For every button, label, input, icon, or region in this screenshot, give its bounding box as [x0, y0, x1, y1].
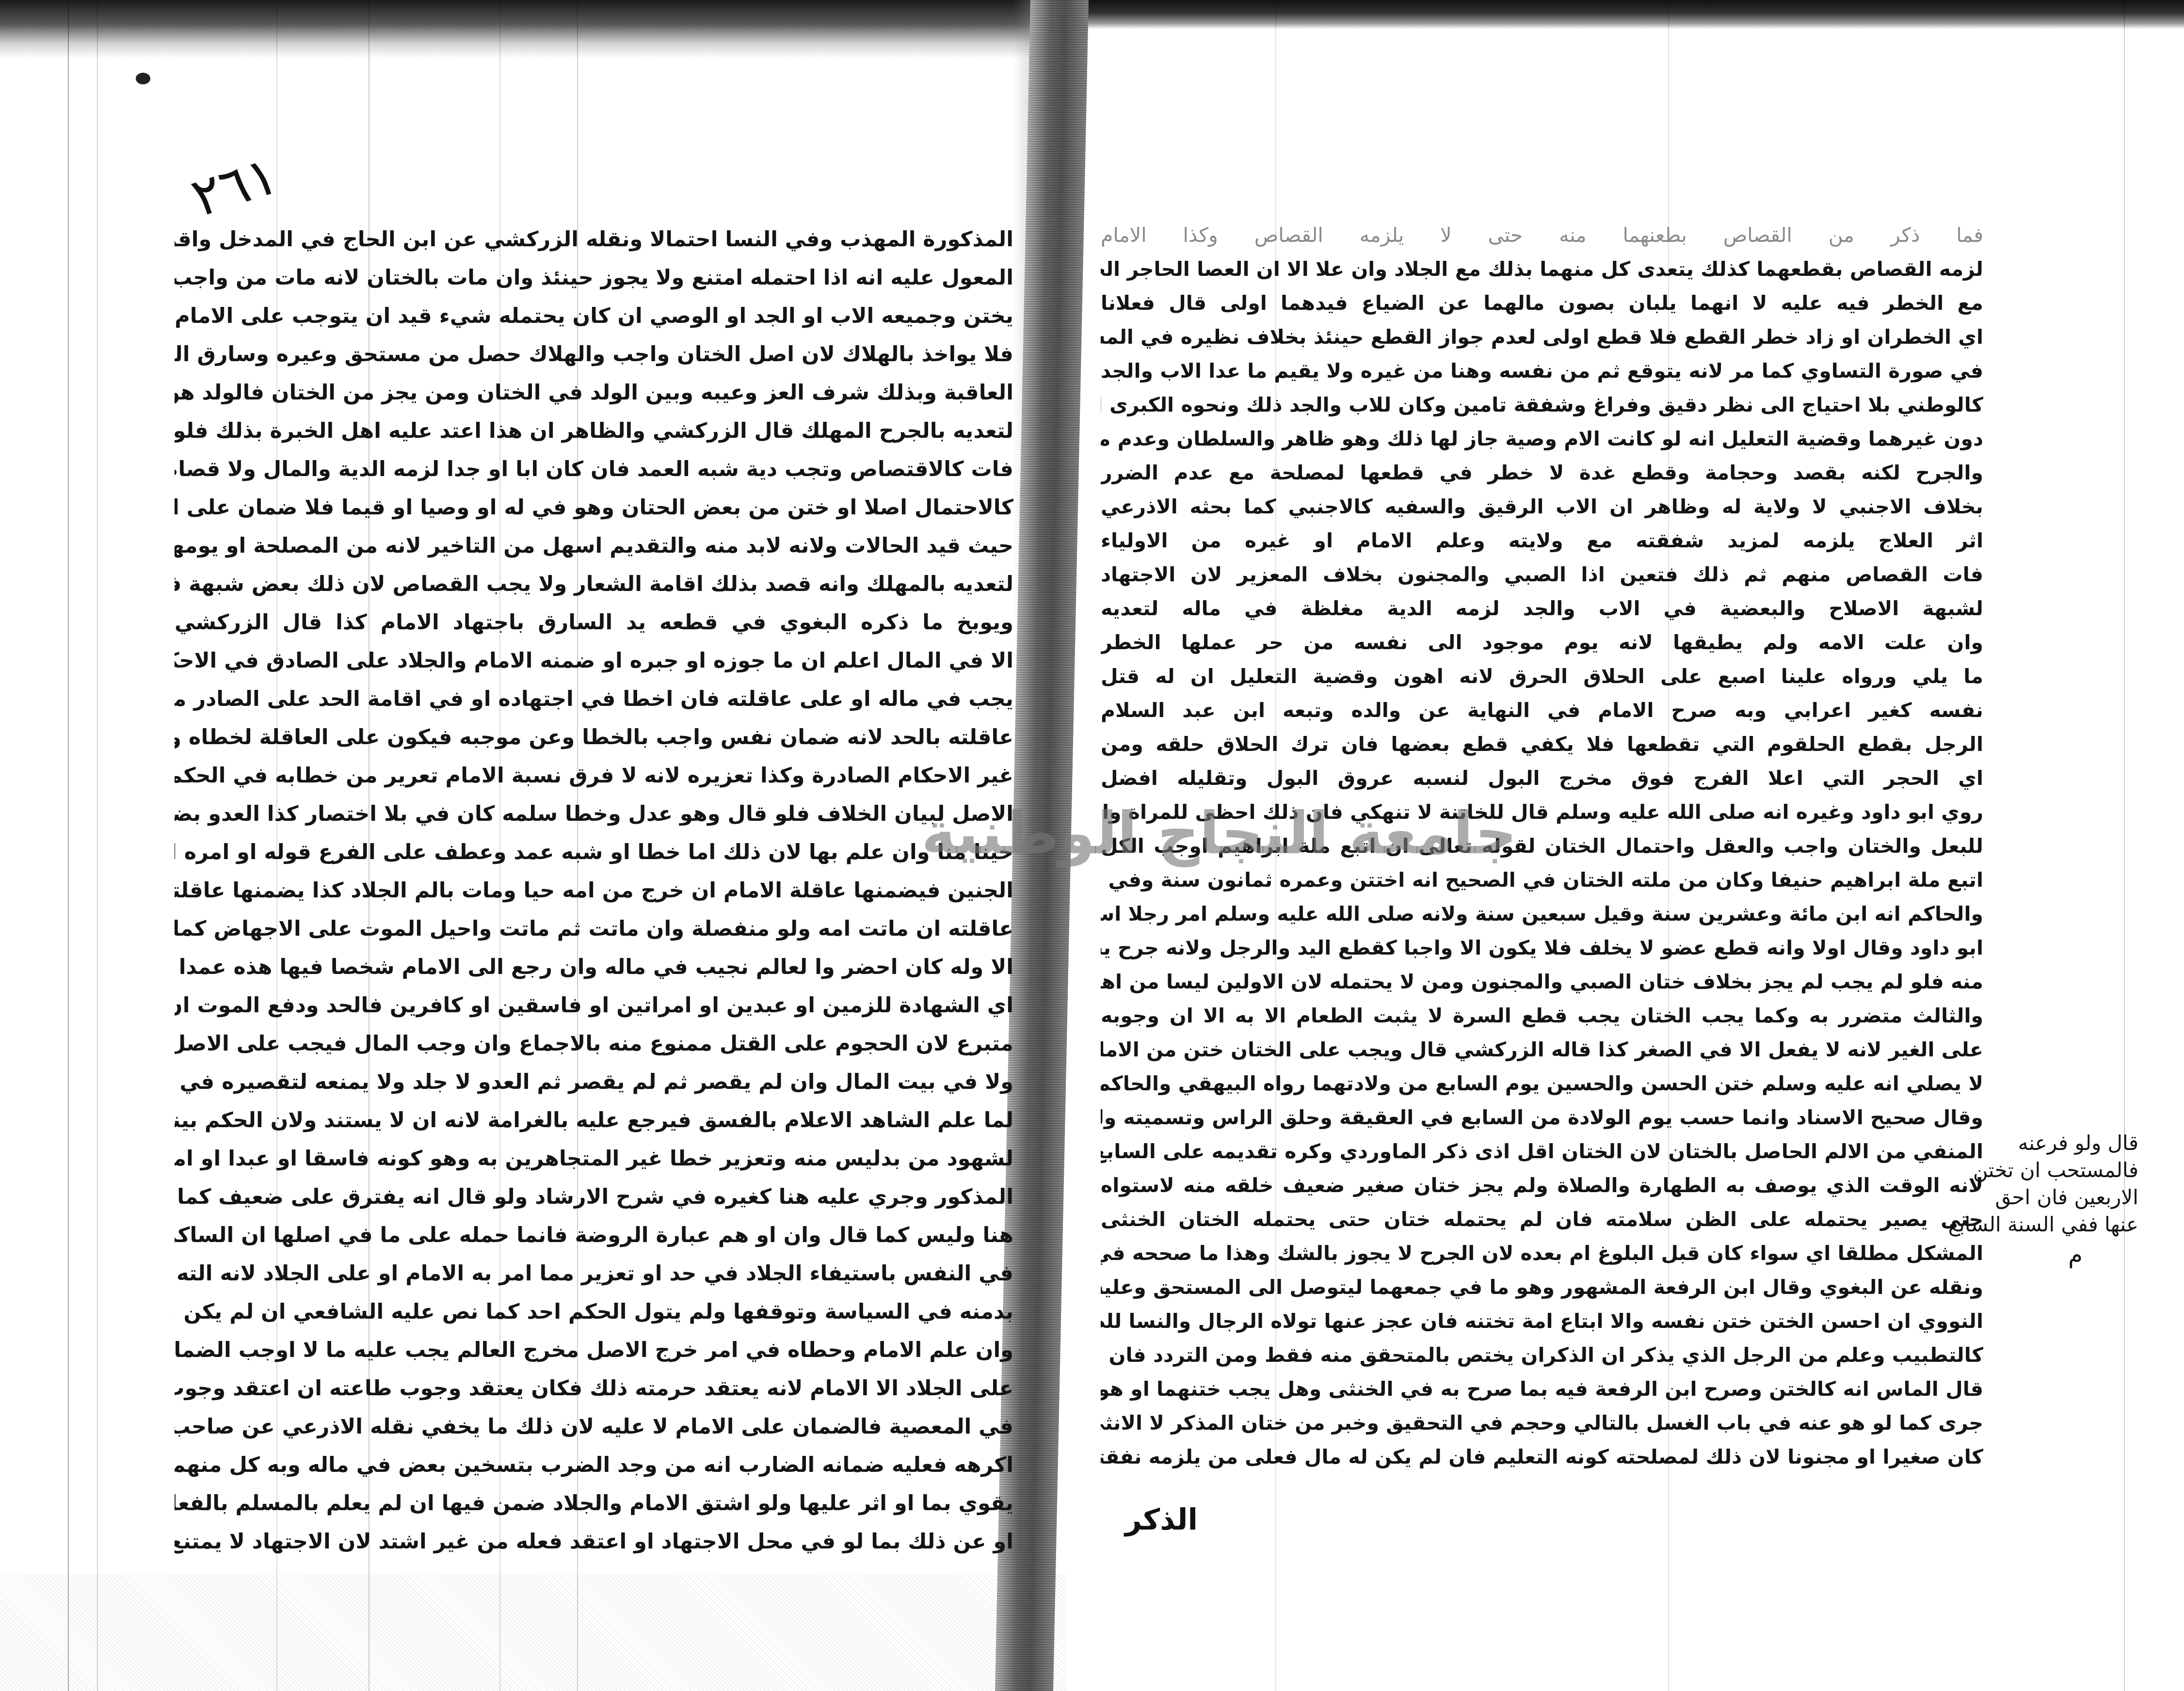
manuscript-line: فات القصاص منهم ثم ذلك فتعين اذا الصبي و…	[1101, 558, 1983, 591]
manuscript-line: حتى يصير يحتمله على الظن سلامته فان لم ي…	[1101, 1202, 1983, 1236]
manuscript-line: والحاكم انه ابن مائة وعشرين سنة وقيل سبع…	[1101, 897, 1983, 931]
manuscript-line: منه فلو لم يجب لم يجز بخلاف ختان الصبي و…	[1101, 965, 1983, 999]
manuscript-line: عاقلته ان ماتت امه ولو منفصلة وان ماتت ث…	[175, 910, 1013, 948]
manuscript-line: النووي ان احسن الختن ختن نفسه والا ابتاع…	[1101, 1304, 1983, 1338]
manuscript-line: كالتطبيب وعلم من الرجل الذي يذكر ان الذك…	[1101, 1338, 1983, 1372]
manuscript-line: مع الخطر فيه عليه لا انهما يلبان بصون ما…	[1101, 286, 1983, 320]
manuscript-line: يجب في ماله او على عاقلته فان اخطا في اج…	[175, 680, 1013, 718]
manuscript-line: ويوبخ ما ذكره البغوي في قطعه يد السارق ب…	[175, 604, 1013, 642]
manuscript-line: اثر العلاج يلزمه لمزيد شفقته مع ولايته و…	[1101, 524, 1983, 558]
folio-number: ٢٦١	[184, 144, 285, 229]
manuscript-line: جرى كما لو هو عنه في باب الغسل بالتالي و…	[1101, 1406, 1983, 1440]
manuscript-line: اي الحجر التي اعلا الفرج فوق مخرج البول …	[1101, 761, 1983, 795]
manuscript-line: المشكل مطلقا اي سواء كان قبل البلوغ ام ب…	[1101, 1236, 1983, 1270]
margin-note-line: الاربعين فان احق	[2012, 1184, 2138, 1211]
manuscript-line: وقال صحيح الاسناد وانما حسب يوم الولادة …	[1101, 1101, 1983, 1134]
manuscript-line: ابو داود وقال اولا وانه قطع عضو لا يخلف …	[1101, 931, 1983, 965]
manuscript-line: الا في المال اعلم ان ما جوزه او جبره او …	[175, 642, 1013, 680]
manuscript-line: اكرهه فعليه ضمانه الضارب انه من وجد الضر…	[175, 1446, 1013, 1484]
manuscript-line: لزمه القصاص بقطعهما كذلك يتعدى كل منهما …	[1101, 252, 1983, 286]
margin-note: قال ولو فرعنه فالمستحب ان تختن الاربعين …	[2012, 1130, 2138, 1268]
manuscript-scan: ٢٦١ المذكورة المهذب وفي النسا احتمالا ون…	[0, 0, 2184, 1691]
manuscript-line: او عن ذلك بما لو في محل الاجتهاد او اعتق…	[175, 1523, 1013, 1561]
manuscript-line: غير الاحكام الصادرة وكذا تعزيره لانه لا …	[175, 757, 1013, 795]
right-page-header-line: فما ذكر من القصاص بطعنهما منه حتى لا يلز…	[1101, 218, 1983, 252]
manuscript-line: وان علم الامام وحطاه في امر خرج الاصل مخ…	[175, 1331, 1013, 1370]
manuscript-line: في صورة التساوي كما مر لانه يتوقع ثم من …	[1101, 354, 1983, 388]
manuscript-line: والثالث متضرر به وكما يجب الختان يجب قطع…	[1101, 999, 1983, 1033]
manuscript-line: لا يصلي انه عليه وسلم ختن الحسن والحسين …	[1101, 1067, 1983, 1101]
manuscript-line: كان صغيرا او مجنونا لان ذلك لمصلحته كونه…	[1101, 1440, 1983, 1474]
manuscript-line: الرجل بقطع الحلقوم التي تقطعها فلا يكفي …	[1101, 727, 1983, 761]
manuscript-line: فات كالاقتصاص وتجب دية شبه العمد فان كان…	[175, 450, 1013, 489]
manuscript-line: ما يلي ورواه علينا اصبع على الحلاق الحرق…	[1101, 659, 1983, 693]
margin-note-line: عنها ففي السنة السابع	[2012, 1211, 2138, 1238]
manuscript-line: عاقلته بالحد لانه ضمان نفس واجب بالخطا و…	[175, 718, 1013, 757]
manuscript-line: الا وله كان احضر وا لعالم نجيب في ماله و…	[175, 948, 1013, 987]
manuscript-line: اي الخطران او زاد خطر القطع فلا قطع اولى…	[1101, 320, 1983, 354]
ink-stain	[136, 73, 150, 84]
margin-note-sign: م	[2012, 1241, 2138, 1268]
right-page-text: فما ذكر من القصاص بطعنهما منه حتى لا يلز…	[1101, 218, 1983, 1474]
manuscript-line: لشبهة الاصلاح والبعضية في الاب والجد لزم…	[1101, 591, 1983, 625]
manuscript-line: فلا يواخذ بالهلاك لان اصل الختان واجب وا…	[175, 335, 1013, 374]
manuscript-line: لشهود من بدليس منه وتعزير خطا غير المتجا…	[175, 1140, 1013, 1178]
manuscript-line: الجنين فيضمنها عاقلة الامام ان خرج من ام…	[175, 872, 1013, 910]
manuscript-line: يختن وجميعه الاب او الجد او الوصي ان كان…	[175, 297, 1013, 335]
manuscript-line: المذكورة المهذب وفي النسا احتمالا ونقله …	[175, 221, 1013, 259]
manuscript-line: ولا في بيت المال وان لم يقصر ثم لم يقصر …	[175, 1063, 1013, 1101]
manuscript-line: على الغير لانه لا يفعل الا في الصغر كذا …	[1101, 1033, 1983, 1067]
manuscript-line: اتبع ملة ابراهيم حنيفا وكان من ملته الخت…	[1101, 863, 1983, 897]
manuscript-line: وان علت الامه ولم يطيقها لانه يوم موجود …	[1101, 625, 1983, 659]
manuscript-line: المعول عليه انه اذا احتمله امتنع ولا يجو…	[175, 259, 1013, 297]
manuscript-line: قال الماس انه كالختن وصرح ابن الرفعة فيه…	[1101, 1372, 1983, 1406]
manuscript-line: والجرح لكنه بقصد وحجامة وقطع غدة لا خطر …	[1101, 456, 1983, 490]
manuscript-line: بخلاف الاجنبي لا ولاية له وظاهر ان الاب …	[1101, 490, 1983, 524]
manuscript-line: بدمنه في السياسة وتوقفها ولم يتول الحكم …	[175, 1293, 1013, 1331]
manuscript-line: دون غيرهما وقضية التعليل انه لو كانت الا…	[1101, 422, 1983, 456]
manuscript-line: حينا منا وان علم بها لان ذلك اما خطا او …	[175, 833, 1013, 872]
left-page-text: المذكورة المهذب وفي النسا احتمالا ونقله …	[175, 221, 1013, 1561]
manuscript-line: كالوطني بلا احتياج الى نظر دقيق وفراغ وش…	[1101, 388, 1983, 422]
manuscript-line: في النفس باستيفاء الجلاد في حد او تعزير …	[175, 1255, 1013, 1293]
manuscript-line: حيث قيد الحالات ولانه لابد منه والتقديم …	[175, 527, 1013, 565]
manuscript-line: هنا وليس كما قال وان او هم عبارة الروضة …	[175, 1216, 1013, 1255]
manuscript-line: كالاحتمال اصلا او ختن من بعض الحتان وهو …	[175, 489, 1013, 527]
manuscript-line: لما علم الشاهد الاعلام بالفسق فيرجع عليه…	[175, 1101, 1013, 1140]
margin-note-line: قال ولو فرعنه	[2012, 1130, 2138, 1157]
manuscript-line: يقوي بما او اثر عليها ولو اشتق الامام وا…	[175, 1484, 1013, 1523]
manuscript-line: لانه الوقت الذي يوصف به الطهارة والصلاة …	[1101, 1168, 1983, 1202]
manuscript-line: المنفي من الالم الحاصل بالختان لان الختا…	[1101, 1134, 1983, 1168]
manuscript-line: العاقبة وبذلك شرف العز وعيبه وبين الولد …	[175, 374, 1013, 412]
manuscript-line: لتعديه بالجرح المهلك قال الزركشي والظاهر…	[175, 412, 1013, 450]
margin-note-line: فالمستحب ان تختن	[2012, 1157, 2138, 1184]
left-page: ٢٦١ المذكورة المهذب وفي النسا احتمالا ون…	[0, 0, 1030, 1691]
catchword: الذكر	[1125, 1503, 1198, 1537]
manuscript-line: على الجلاد الا الامام لانه يعتقد حرمته ذ…	[175, 1370, 1013, 1408]
manuscript-line: للبعل والختان واجب والعقل واحتمال الختان…	[1101, 829, 1983, 863]
manuscript-line: اي الشهادة للزمين او عبدين او امراتين او…	[175, 987, 1013, 1025]
manuscript-line: المذكور وجري عليه هنا كغيره في شرح الارش…	[175, 1178, 1013, 1216]
manuscript-line: الاصل لبيان الخلاف فلو قال وهو عدل وخطا …	[175, 795, 1013, 833]
manuscript-line: نفسه كغير اعرابي وبه صرح الامام في النها…	[1101, 693, 1983, 727]
manuscript-line: متبرع لان الحجوم على القتل ممنوع منه بال…	[175, 1025, 1013, 1063]
manuscript-line: روي ابو داود وغيره انه صلى الله عليه وسل…	[1101, 795, 1983, 829]
manuscript-line: لتعديه بالمهلك وانه قصد بذلك اقامة الشعا…	[175, 565, 1013, 604]
manuscript-line: في المعصية فالضمان على الامام لا عليه لا…	[175, 1408, 1013, 1446]
manuscript-line: ونقله عن البغوي وقال ابن الرفعة المشهور …	[1101, 1270, 1983, 1304]
